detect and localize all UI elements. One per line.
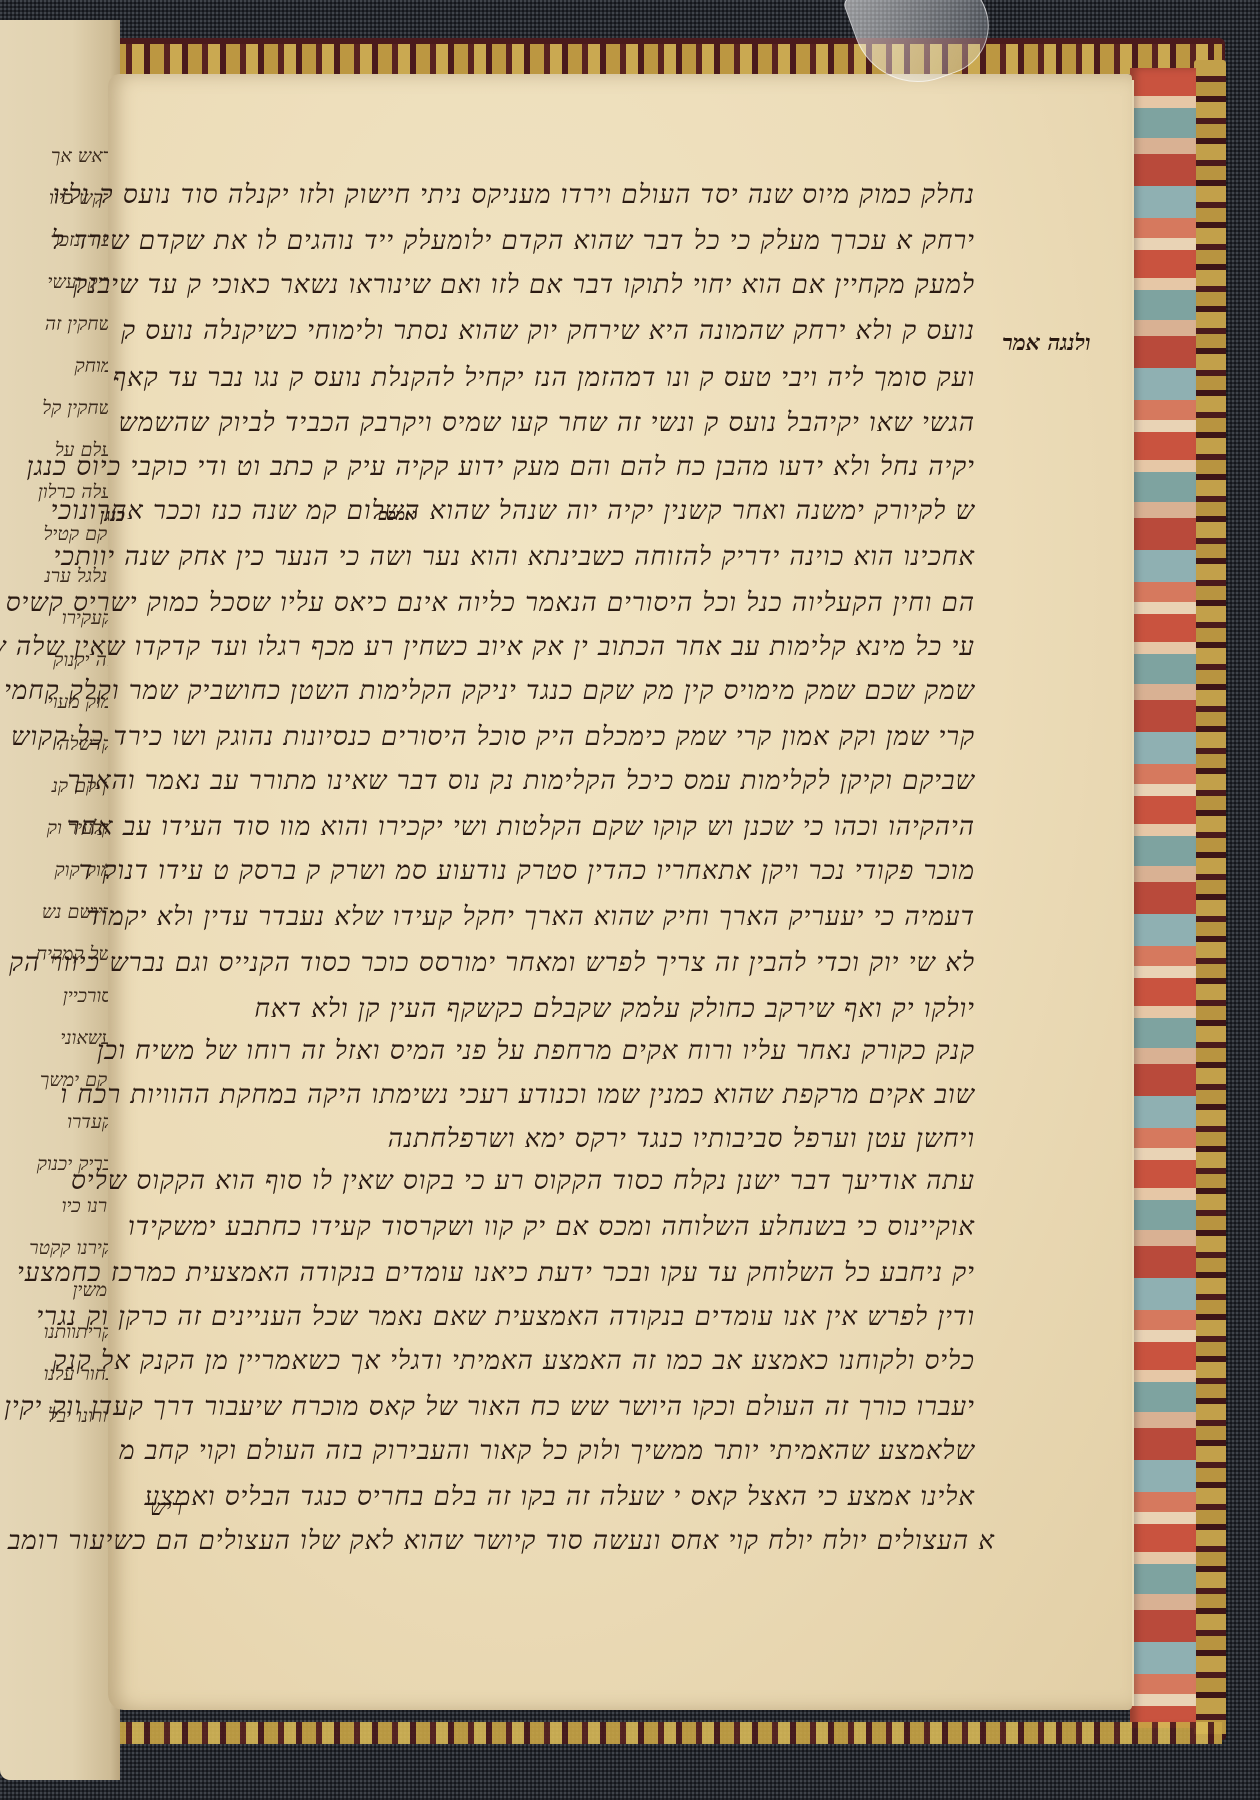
manuscript-line: שמק שכם שמק מימויס קין מק שקם כנגד יניקק… — [4, 676, 975, 706]
manuscript-line: קרי שמן וקק אמון קרי שמק כימכלם היק סוכל… — [11, 722, 975, 752]
manuscript-line: נועס ק ולא ירחק שהמונה היא שירחק יוק שהו… — [121, 316, 975, 346]
manuscript-line: הם וחין הקעליוה כנל וכל היסורים הנאמר כל… — [6, 588, 975, 618]
manuscript-line: הגשי שאו יקיהבל נועס ק ונשי זה שחר קעו ש… — [119, 408, 976, 438]
verso-line: שחקין קל — [42, 397, 112, 420]
catchword: ריש — [150, 1495, 182, 1521]
manuscript-line: ועק סומך ליה ויבי טעס ק ונו דמהזמן הנז י… — [113, 363, 975, 393]
manuscript-line: שביקם וקיקן לקלימות עמס כיכל הקלימות נק … — [67, 766, 975, 796]
manuscript-line: דעמיה כי יעעריק הארך וחיק שהוא הארך יחקל… — [86, 902, 975, 932]
manuscript-line: שוב אקים מרקפת שהוא כמנין שמו וכנודע רעכ… — [60, 1080, 975, 1110]
manuscript-line: א העצולים יולח יולח קוי אחס ונעשה סוד קי… — [8, 1526, 995, 1556]
gilt-border-top — [112, 44, 1222, 74]
verso-line: שחקין זה — [45, 313, 112, 336]
manuscript-line: שלאמצע שהאמיתי יותר ממשיך ולוק כל קאור ו… — [119, 1436, 975, 1466]
interlinear-note: אמכם — [378, 505, 416, 525]
verso-line: ראש אך — [51, 145, 112, 168]
manuscript-line: יק ניחבע כל השלוחק עד עקו ובכר ידעת כיאנ… — [17, 1258, 975, 1288]
manuscript-line: עי כל מינא קלימות עב אחר הכתוב ין אק איו… — [0, 632, 975, 662]
manuscript-line: ויחשן עטן וערפל סביבותיו כנגד ירקס ימא ו… — [388, 1124, 975, 1154]
manuscript-line: יולקו יק ואף שירקב כחולק עלמק שקבלם כקשק… — [255, 994, 975, 1024]
manuscript-line: יקיה נחל ולא ידעו מהבן כח להם והם מעק יד… — [27, 452, 975, 482]
manuscript-line: כליס ולקוחנו כאמצע אב כמו זה האמצע האמית… — [52, 1346, 975, 1376]
margin-note-left: כנגן — [100, 505, 125, 526]
verso-line: סורכיין — [63, 985, 112, 1008]
manuscript-line: קנק כקורק נאחר עליו ורוח אקים מרחפת על פ… — [97, 1036, 975, 1066]
manuscript-line: לא שי יוק וכדי להבין זה צריך לפרש ומאחר … — [0, 948, 975, 978]
manuscript-line: היהקיהו וכהו כי שכנן וש קוקו שקם הקלטות … — [67, 812, 975, 842]
manuscript-line: מוכר פקודי נכר ויקן אתאחריו כהדין סטרק נ… — [79, 856, 975, 886]
manuscript-line: ודין לפרש אין אנו עומדים בנקודה האמצעית … — [36, 1302, 975, 1332]
verso-line: ורנו כיו — [62, 1195, 112, 1218]
manuscript-line: ש לקיורק ימשנה ואחר קשנין יקיה יוה שנהל … — [51, 496, 975, 526]
verso-line: קירנו קקטר — [29, 1237, 112, 1260]
manuscript-line: עתה אודיעך דבר ישנן נקלח כסוד הקקוס רע כ… — [71, 1166, 975, 1196]
marbled-endpaper-edge — [1130, 68, 1196, 1728]
verso-line: מוחק — [74, 355, 112, 378]
manuscript-line: ירחק א עכרך מעלק כי כל דבר שהוא הקדם ילו… — [52, 226, 975, 256]
manuscript-line: אוקיינוס כי בשנחלע השלוחה ומכס אם יק קוו… — [128, 1212, 975, 1242]
manuscript-line: למעק מקחיין אם הוא יחוי לתוקו דבר אם לזו… — [73, 270, 975, 300]
manuscript-line: אחכינו הוא כוינה ידריק להזוחה כשבינתא וה… — [54, 542, 975, 572]
gilt-border-right — [1194, 60, 1226, 1740]
margin-note-right: ולנגה אמר — [1002, 330, 1091, 356]
verso-line: קעדרו — [67, 1111, 112, 1134]
manuscript-line: נחלק כמוק מיוס שנה יסד העולם וירדו מעניק… — [53, 180, 975, 210]
gilt-border-bottom — [112, 1722, 1222, 1744]
manuscript-line: יעברו כורך זה העולם וכקו היושר שש כח האו… — [4, 1392, 975, 1422]
manuscript-line: אלינו אמצע כי האצל קאס י שעלה זה בקו זה … — [144, 1482, 975, 1512]
